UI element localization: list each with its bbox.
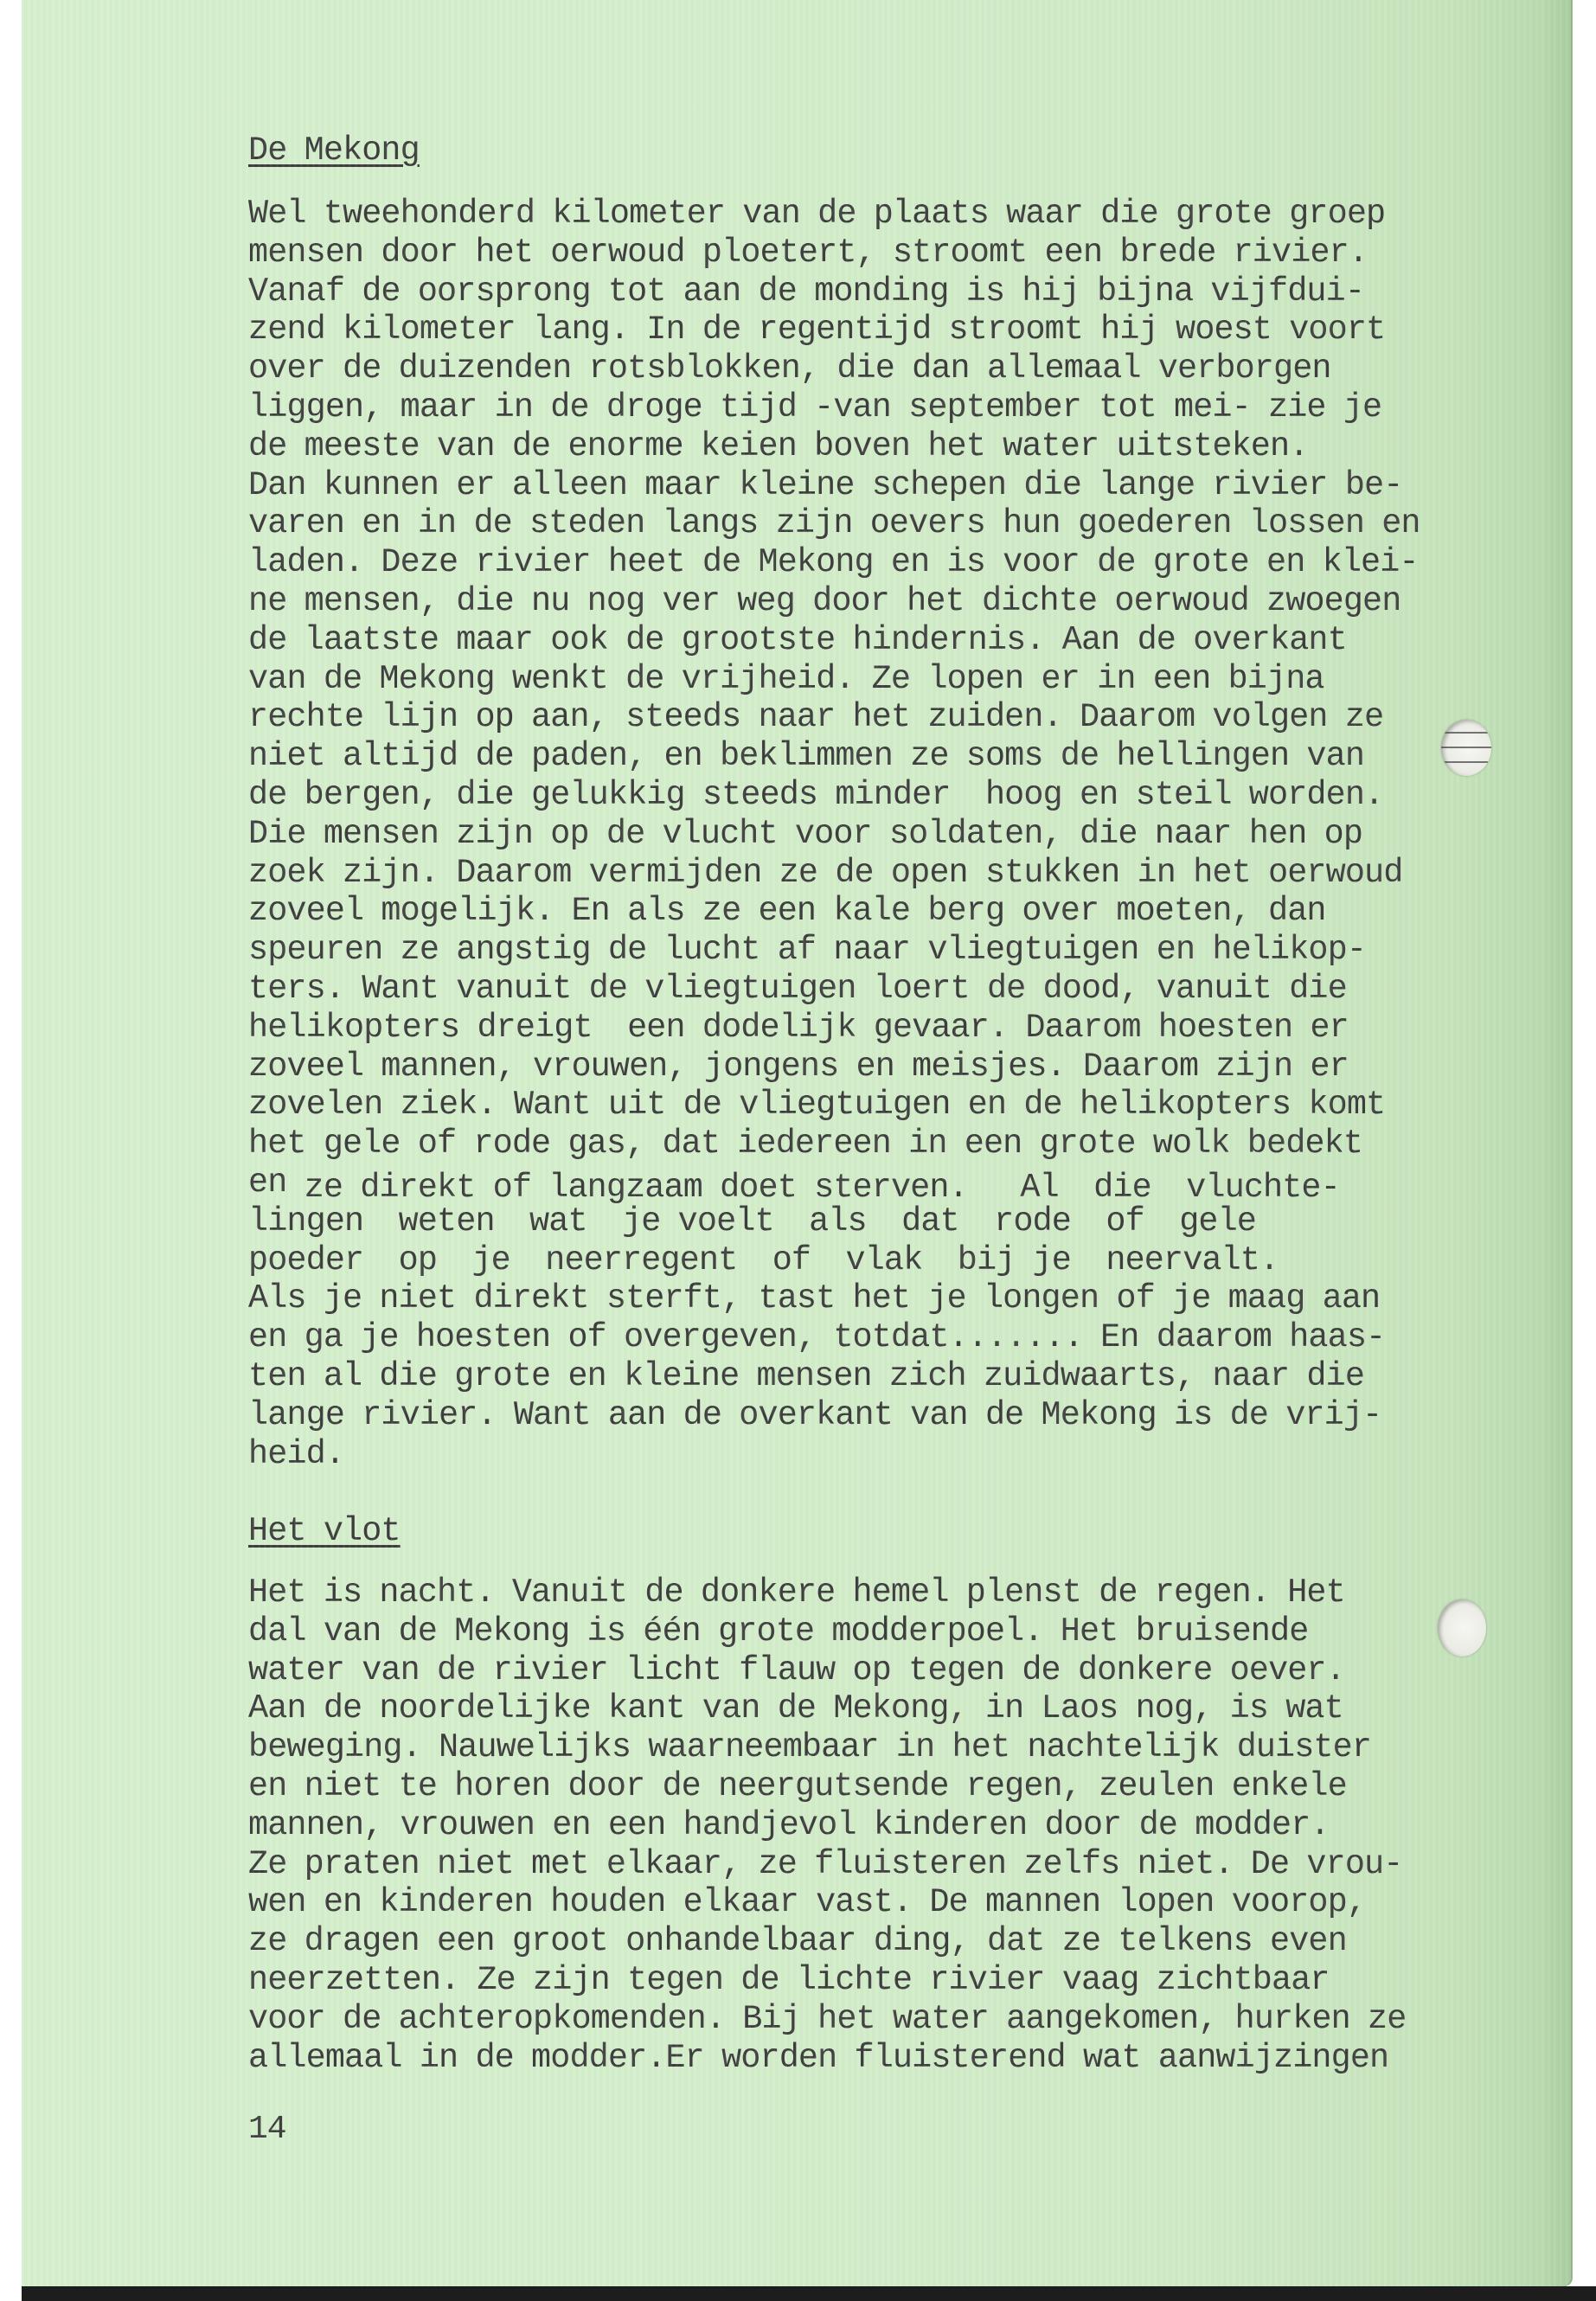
text-line: varen en in de steden langs zijn oevers … bbox=[248, 504, 1511, 543]
text-line: laden. Deze rivier heet de Mekong en is … bbox=[248, 543, 1511, 582]
text-line: liggen, maar in de droge tijd -van septe… bbox=[248, 388, 1511, 427]
section-heading-de-mekong: De Mekong bbox=[248, 131, 420, 170]
text-line: helikopters dreigt een dodelijk gevaar. … bbox=[248, 1009, 1511, 1048]
text-line: en niet te horen door de neergutsende re… bbox=[248, 1767, 1511, 1806]
text-line: dal van de Mekong is één grote modderpoe… bbox=[248, 1612, 1511, 1651]
text-line: heid. bbox=[248, 1435, 1511, 1474]
text-line: Vanaf de oorsprong tot aan de monding is… bbox=[248, 272, 1511, 311]
text-line: zoveel mogelijk. En als ze een kale berg… bbox=[248, 892, 1511, 931]
page-number: 14 bbox=[248, 2111, 286, 2148]
text-line: lange rivier. Want aan de overkant van d… bbox=[248, 1396, 1511, 1435]
text-line: neerzetten. Ze zijn tegen de lichte rivi… bbox=[248, 1961, 1511, 2000]
text-line: en ga je hoesten of overgeven, totdat...… bbox=[248, 1318, 1511, 1357]
text-line: en ze direkt of langzaam doet sterven. A… bbox=[248, 1163, 1511, 1202]
scanned-page: De Mekong Wel tweehonderd kilometer van … bbox=[22, 0, 1573, 2286]
text-line: rechte lijn op aan, steeds naar het zuid… bbox=[248, 698, 1511, 737]
text-line: mannen, vrouwen en een handjevol kindere… bbox=[248, 1806, 1511, 1845]
binding-hole-icon bbox=[1438, 1599, 1486, 1657]
text-line: mensen door het oerwoud ploetert, stroom… bbox=[248, 234, 1511, 272]
text-line: poeder op je neerregent of vlak bij je n… bbox=[248, 1241, 1511, 1280]
section-heading-het-vlot: Het vlot bbox=[248, 1512, 401, 1550]
text-line: Ze praten niet met elkaar, ze fluisteren… bbox=[248, 1845, 1511, 1884]
text-line: Wel tweehonderd kilometer van de plaats … bbox=[248, 195, 1511, 234]
text-line: zend kilometer lang. In de regentijd str… bbox=[248, 311, 1511, 349]
text-line: ze dragen een groot onhandelbaar ding, d… bbox=[248, 1922, 1511, 1961]
section-body-het-vlot: Het is nacht. Vanuit de donkere hemel pl… bbox=[248, 1574, 1511, 2077]
text-line: niet altijd de paden, en beklimmen ze so… bbox=[248, 737, 1511, 776]
text-line: lingen weten wat je voelt als dat rode o… bbox=[248, 1202, 1511, 1241]
text-line: wen en kinderen houden elkaar vast. De m… bbox=[248, 1883, 1511, 1922]
text-line: de laatste maar ook de grootste hinderni… bbox=[248, 621, 1511, 660]
text-line: speuren ze angstig de lucht af naar vlie… bbox=[248, 931, 1511, 970]
text-line: zoveel mannen, vrouwen, jongens en meisj… bbox=[248, 1048, 1511, 1086]
text-line: zovelen ziek. Want uit de vliegtuigen en… bbox=[248, 1086, 1511, 1125]
text-line: van de Mekong wenkt de vrijheid. Ze lope… bbox=[248, 660, 1511, 699]
text-line: Dan kunnen er alleen maar kleine schepen… bbox=[248, 466, 1511, 505]
binding-hole-icon bbox=[1441, 720, 1491, 776]
text-line: over de duizenden rotsblokken, die dan a… bbox=[248, 349, 1511, 388]
text-line: de meeste van de enorme keien boven het … bbox=[248, 427, 1511, 466]
text-line: voor de achteropkomenden. Bij het water … bbox=[248, 2000, 1511, 2039]
text-line: Aan de noordelijke kant van de Mekong, i… bbox=[248, 1689, 1511, 1728]
text-line: zoek zijn. Daarom vermijden ze de open s… bbox=[248, 854, 1511, 893]
text-line: ters. Want vanuit de vliegtuigen loert d… bbox=[248, 970, 1511, 1009]
scan-bottom-edge bbox=[22, 2286, 1596, 2301]
section-body-de-mekong: Wel tweehonderd kilometer van de plaats … bbox=[248, 195, 1511, 1473]
text-line: water van de rivier licht flauw op tegen… bbox=[248, 1651, 1511, 1690]
text-line: ten al die grote en kleine mensen zich z… bbox=[248, 1357, 1511, 1396]
text-line: allemaal in de modder.Er worden fluister… bbox=[248, 2039, 1511, 2078]
text-line: ne mensen, die nu nog ver weg door het d… bbox=[248, 582, 1511, 621]
text-line: het gele of rode gas, dat iedereen in ee… bbox=[248, 1125, 1511, 1163]
text-line: de bergen, die gelukkig steeds minder ho… bbox=[248, 776, 1511, 815]
text-line: Het is nacht. Vanuit de donkere hemel pl… bbox=[248, 1574, 1511, 1612]
text-line: Die mensen zijn op de vlucht voor soldat… bbox=[248, 815, 1511, 854]
text-line: Als je niet direkt sterft, tast het je l… bbox=[248, 1279, 1511, 1318]
text-line: beweging. Nauwelijks waarneembaar in het… bbox=[248, 1728, 1511, 1767]
